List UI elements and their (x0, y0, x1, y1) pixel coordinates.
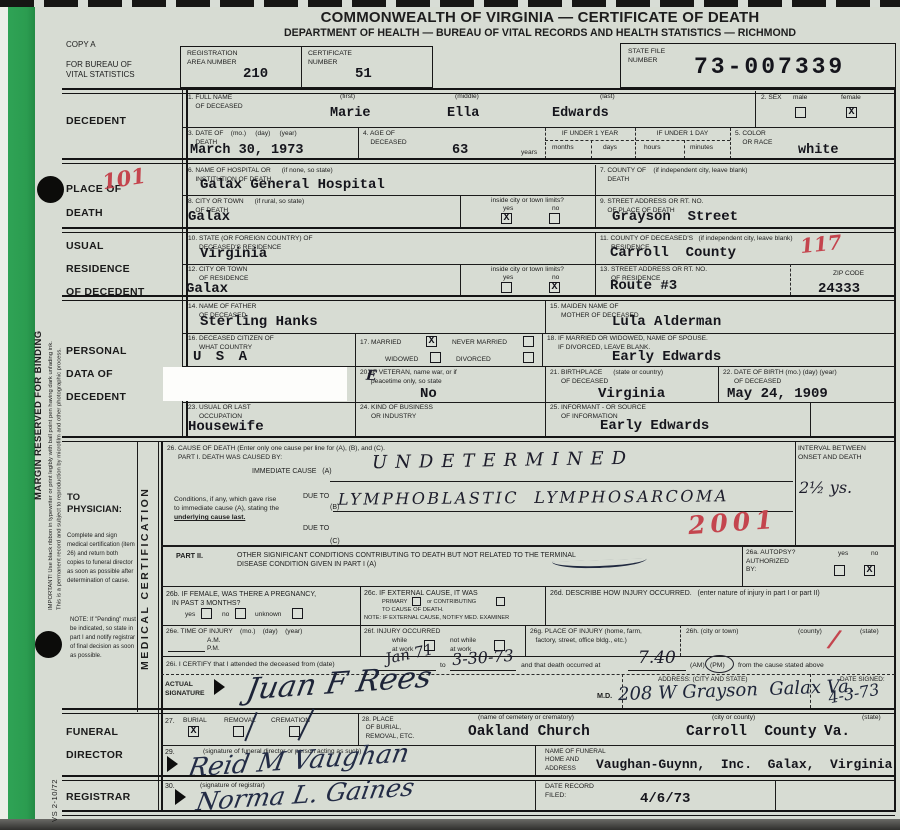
certificate-title: COMMONWEALTH OF VIRGINIA — CERTIFICATE O… (190, 8, 890, 28)
field27-number: 27. (165, 717, 175, 726)
preg-yes-label: yes (185, 611, 195, 620)
contributing-label: or CONTRIBUTING (427, 599, 476, 606)
to-date-value: 3-30-73 (451, 646, 514, 669)
field8-value: Galax (188, 209, 230, 225)
pm-circle (705, 655, 734, 673)
row-line-2 (183, 195, 895, 196)
due-to-b-label: DUE TO (303, 492, 329, 501)
form-number: VS 2-10/72 (50, 752, 60, 822)
field13-value: Route #3 (610, 278, 677, 294)
hours-label: hours (644, 144, 661, 153)
actual-signature-label: ACTUAL SIGNATURE (165, 681, 205, 699)
physician-note-title: TO PHYSICIAN: (67, 492, 122, 517)
field14-value: Sterling Hanks (200, 314, 318, 330)
due-to-c-label: DUE TO (303, 524, 329, 533)
v-zip (790, 264, 791, 295)
v-26g-26h (680, 625, 681, 656)
state-hint: (state) (860, 628, 879, 637)
field2-label: 2. SEX (761, 94, 782, 103)
funeral-home-value: Vaughan-Guynn, Inc. Galax, Virginia (596, 757, 892, 772)
field24-label: 24. KIND OF BUSINESS OR INDUSTRY (360, 404, 433, 421)
copy-for-label: FOR BUREAU OF VITAL STATISTICS (66, 60, 135, 81)
binding-green-strip (8, 7, 35, 819)
row-line-6 (183, 402, 895, 403)
v-27-28 (358, 714, 359, 745)
divorced-checkbox (523, 352, 534, 363)
v-f6-f7 (595, 165, 596, 227)
side-label-personal-3: DECEDENT (66, 391, 126, 403)
date-filed-label: DATE RECORD FILED: (545, 783, 594, 801)
medical-strip-left (137, 442, 138, 712)
side-label-decedent: DECEDENT (66, 115, 126, 127)
red-cause-code: 2001 (687, 505, 778, 540)
from-cause-label: from the cause stated above (738, 662, 824, 671)
state-file-value: 73-007339 (694, 54, 845, 80)
field30-number: 30. (165, 782, 175, 791)
row-line-4 (183, 333, 895, 334)
registration-area-value: 210 (243, 66, 268, 82)
v-f3-f4 (358, 128, 359, 159)
days-label: days (603, 144, 617, 153)
v-26c-26d (545, 586, 546, 625)
under-1-day-label: IF UNDER 1 DAY (637, 130, 728, 139)
field26-header: 26. CAUSE OF DEATH (Enter only one cause… (167, 445, 385, 462)
address-value: 208 W Grayson Galax Va. (618, 676, 855, 705)
row-line-3 (183, 264, 895, 265)
v-f5-left (730, 128, 731, 159)
city-county-hint: (city or county) (712, 714, 755, 723)
field17-never-label: NEVER MARRIED (452, 339, 507, 348)
am-paren-label: (AM) (690, 662, 705, 671)
v-f23-f24 (355, 402, 356, 436)
female-checkbox: X (846, 107, 857, 118)
divider-personal (62, 295, 895, 301)
time-value: 7.40 (638, 648, 676, 668)
scan-top-edge (0, 0, 900, 7)
scan-left-edge (0, 7, 8, 819)
limits2-yes-checkbox (501, 282, 512, 293)
margin-binding-text: MARGIN RESERVED FOR BINDING (33, 330, 45, 500)
field26e-label: 26e. TIME OF INJURY (mo.) (day) (year) (166, 628, 302, 637)
scan-bottom-edge (0, 819, 900, 830)
v-f10-f11 (595, 233, 596, 264)
side-label-personal-1: PERSONAL (66, 345, 127, 357)
field9-value: Grayson Street (612, 209, 738, 225)
v-f20-left (355, 366, 356, 402)
field21-value: Virginia (598, 386, 665, 402)
to-label: to (440, 662, 446, 671)
row-line-part2 (161, 545, 895, 547)
certificate-number-value: 51 (355, 66, 372, 82)
v-u1y-left (545, 128, 546, 159)
field26g-label: 26g. PLACE OF INJURY (home, farm, factor… (530, 628, 642, 645)
red-place-code: 101 (100, 163, 147, 195)
field3-value: March 30, 1973 (190, 143, 303, 158)
autopsy-yes-label: yes (838, 550, 848, 559)
interval-label: INTERVAL BETWEEN ONSET AND DEATH (798, 445, 866, 463)
city-county-value: Carroll County (686, 724, 817, 740)
limits2-label: inside city or town limits? (465, 266, 590, 275)
field11-value: Carroll County (610, 245, 736, 261)
field5-value: white (798, 143, 839, 158)
funeral-signature-pointer (167, 756, 178, 772)
row-line-26i (161, 656, 895, 657)
v-u1d-left (635, 128, 636, 159)
field16-value: U S A (193, 349, 250, 365)
red-county-code: 117 (799, 230, 843, 258)
registration-area-label: REGISTRATION AREA NUMBER (187, 50, 237, 68)
physician-note-body: Complete and sign medical certification … (67, 532, 137, 586)
field26a-label: 26a. AUTOPSY? AUTHORIZED BY: (746, 549, 795, 575)
field1-middle-hint: (middle) (455, 93, 479, 102)
field22-label: 22. DATE OF BIRTH (mo.) (day) (year) OF … (723, 369, 837, 386)
side-label-place-2: DEATH (66, 207, 103, 219)
v-f12-f13 (595, 264, 596, 295)
copy-label: COPY A (66, 40, 96, 50)
margin-important-text: IMPORTANT! Use black ribbon in typewrite… (47, 228, 64, 610)
preg-unknown-label: unknown (255, 611, 281, 620)
occurred-label: and that death occurred at (521, 662, 600, 671)
interval-b-value: 2½ ys. (799, 478, 852, 497)
pm-label: P.M. (207, 645, 220, 654)
v-f24-f25 (545, 402, 546, 436)
field15-value: Lula Alderman (612, 314, 721, 330)
field1-last-hint: (last) (600, 93, 615, 102)
years-label: years (521, 149, 537, 158)
medical-strip-right-a (158, 442, 159, 812)
v-f16-f17 (355, 333, 356, 366)
field4-value: 63 (452, 143, 468, 158)
medical-strip-right-b (161, 442, 163, 812)
v-limits2 (460, 264, 461, 295)
to-cause-label: TO CAUSE OF DEATH. (382, 607, 444, 615)
time-underline (168, 651, 205, 652)
divider-place (62, 158, 895, 164)
state-file-label: STATE FILE NUMBER (628, 48, 665, 66)
cause-a-value: UNDETERMINED (372, 448, 634, 474)
v-26e-26f (360, 625, 361, 656)
bottom-border (62, 810, 895, 816)
row-line-26b (161, 586, 895, 587)
certificate-number-label: CERTIFICATE NUMBER (308, 50, 352, 68)
preg-unknown-checkbox (292, 608, 303, 619)
v-f14-f15 (545, 301, 546, 333)
cause-line-a (330, 481, 793, 482)
male-label: male (793, 94, 807, 103)
row-line-26e (161, 625, 895, 626)
field19-redaction-box (163, 367, 347, 401)
field25-value: Early Edwards (600, 418, 709, 434)
cause-b-value: LYMPHOBLASTIC LYMPHOSARCOMA (338, 486, 729, 508)
county-hint: (county) (798, 628, 822, 637)
row-line-1 (183, 127, 895, 128)
autopsy-no-label: no (871, 550, 878, 559)
field1-last-value: Edwards (552, 106, 609, 121)
side-label-registrar: REGISTRAR (66, 791, 131, 803)
side-label-personal-2: DATA OF (66, 368, 113, 380)
conditions-note: Conditions, if any, which gave rise to i… (174, 496, 279, 514)
stray-mark: E (365, 368, 377, 385)
contributing-checkbox (496, 597, 505, 606)
v-f17-f18 (542, 333, 543, 366)
immediate-cause-label: IMMEDIATE CAUSE (A) (252, 467, 332, 476)
field1-first-hint: (first) (340, 93, 355, 102)
limits1-yes-checkbox: X (501, 213, 512, 224)
field18-value: Early Edwards (612, 349, 721, 365)
v-29-home (535, 745, 536, 775)
physician-note-note: NOTE: If "Pending" must be indicated, so… (70, 616, 140, 661)
divider-registrar (62, 775, 895, 781)
field26h-label: 26h. (city or town) (686, 628, 738, 637)
widowed-checkbox (430, 352, 441, 363)
under-1-year-label: IF UNDER 1 YEAR (547, 130, 633, 139)
zip-label: ZIP CODE (833, 270, 864, 279)
field5-label: 5. COLOR OR RACE (735, 130, 772, 147)
male-checkbox (795, 107, 806, 118)
v-26b-26c (360, 586, 361, 625)
side-label-usual-1: USUAL (66, 240, 104, 252)
state-hint-28: (state) (862, 714, 881, 723)
primary-checkbox (412, 597, 421, 606)
side-label-funeral-2: DIRECTOR (66, 749, 123, 761)
divider-medical (62, 436, 895, 442)
side-label-medical: MEDICAL CERTIFICATION (139, 455, 153, 670)
v-limits1 (460, 195, 461, 227)
burial-checkbox: X (188, 726, 199, 737)
field26c-note: NOTE: IF EXTERNAL CAUSE, NOTIFY MED. EXA… (364, 615, 509, 622)
date-filed-value: 4/6/73 (640, 791, 690, 807)
field23-value: Housewife (188, 419, 264, 435)
cemetery-value: Oakland Church (468, 724, 590, 740)
field1-label: 1. FULL NAME OF DECEASED (188, 94, 243, 111)
preg-no-checkbox (235, 608, 246, 619)
registration-box-divider (301, 46, 302, 88)
limits1-no-checkbox (549, 213, 560, 224)
v-f25-right (810, 402, 811, 436)
female-label: female (841, 94, 861, 103)
field26b-label: 26b. IF FEMALE, WAS THERE A PREGNANCY, I… (166, 590, 316, 608)
autopsy-yes-checkbox (834, 565, 845, 576)
field26d-label: 26d. DESCRIBE HOW INJURY OCCURRED. (ente… (550, 589, 890, 598)
field20-value: No (420, 386, 437, 402)
field17-widowed-label: WIDOWED (385, 356, 418, 365)
field22-value: May 24, 1909 (727, 386, 828, 402)
conditions-note-underlined: underlying cause last. (174, 514, 245, 523)
field17-divorced-label: DIVORCED (456, 356, 491, 365)
field1-middle-value: Ella (447, 106, 479, 121)
field4-label: 4. AGE OF DECEASED (363, 130, 407, 147)
side-label-usual-2: RESIDENCE (66, 263, 130, 275)
field26f-label: 26f. INJURY OCCURRED (364, 628, 440, 637)
v-u1d-mid (684, 140, 685, 159)
field7-label: 7. COUNTY OF (if independent city, leave… (600, 167, 747, 184)
part2-label: PART II. (176, 551, 203, 560)
minutes-label: minutes (690, 144, 713, 153)
field6-value: Galax General Hospital (200, 177, 385, 193)
field1-first-value: Marie (330, 106, 371, 121)
v-26a (742, 545, 743, 586)
form-right-border (894, 88, 896, 812)
field21-label: 21. BIRTHPLACE (state or country) OF DEC… (550, 369, 663, 386)
removal-checkbox (233, 726, 244, 737)
limits2-no-checkbox: X (549, 282, 560, 293)
v-30-date (535, 780, 536, 810)
row-line-29 (161, 745, 895, 746)
preg-yes-checkbox (201, 608, 212, 619)
to-date-line (450, 670, 516, 671)
certificate-subtitle: DEPARTMENT OF HEALTH — BUREAU OF VITAL R… (190, 27, 890, 41)
preg-no-label: no (222, 611, 229, 620)
field17-married-label: 17. MARRIED (360, 339, 401, 348)
punch-hole-bottom (35, 631, 62, 658)
months-label: months (552, 144, 574, 153)
state-value-28: Va. (824, 724, 850, 740)
autopsy-no-checkbox: X (864, 565, 875, 576)
md-label: M.D. (597, 691, 612, 700)
v-f1-f2 (755, 91, 756, 128)
punch-hole-top (37, 176, 64, 203)
limits1-label: inside city or town limits? (465, 197, 590, 206)
red-injury-mark: / (828, 623, 841, 653)
registrar-signature-pointer (175, 789, 186, 805)
cemetery-hint: (name of cemetery or crematory) (478, 714, 574, 723)
divider-residence (62, 227, 895, 233)
physician-signature-pointer (214, 679, 225, 695)
h-under-headers (545, 140, 730, 141)
primary-label: PRIMARY (382, 599, 407, 606)
death-certificate-scan: { "header": { "title": "COMMONWEALTH OF … (0, 0, 900, 830)
married-checkbox: X (426, 336, 437, 347)
burial-label: BURIAL (183, 717, 207, 726)
time-line (628, 670, 686, 671)
field10-value: Virginia (200, 246, 267, 262)
v-f21-f22 (718, 366, 719, 402)
v-u1y-mid (591, 140, 592, 159)
v-26f-26g (525, 625, 526, 656)
v-f20-f21 (545, 366, 546, 402)
never-married-checkbox (523, 336, 534, 347)
side-label-funeral-1: FUNERAL (66, 726, 118, 738)
field28-label: 28. PLACE OF BURIAL, REMOVAL, ETC. (362, 716, 414, 741)
v-interval (795, 442, 796, 545)
v-date-empty (775, 780, 776, 810)
